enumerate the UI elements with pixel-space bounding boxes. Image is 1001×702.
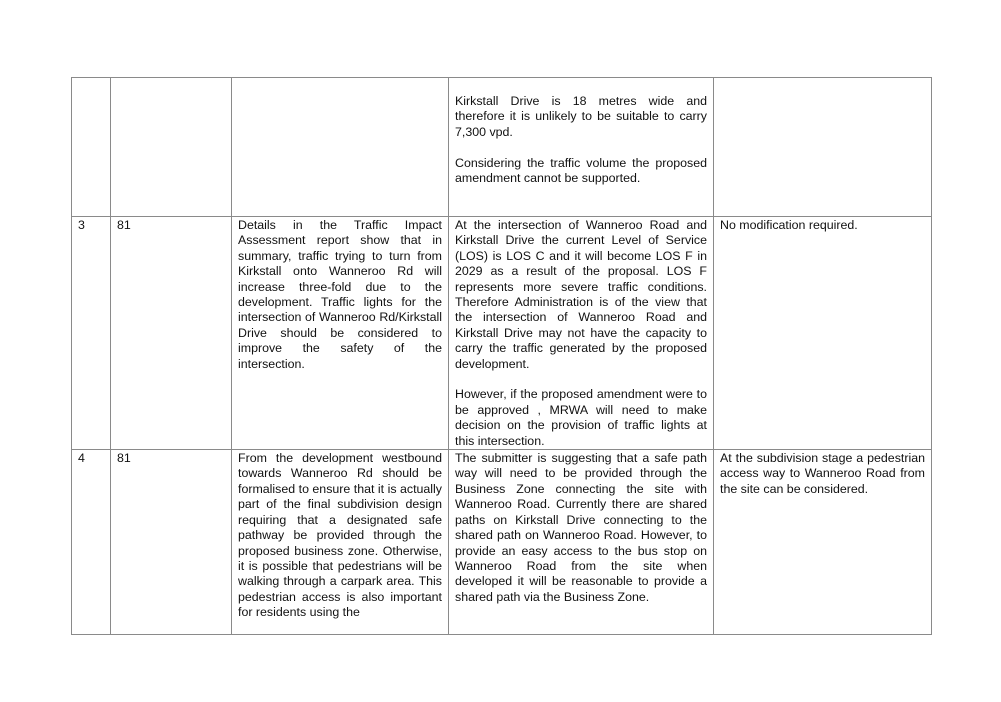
table-row: Kirkstall Drive is 18 metres wide and th… <box>72 78 932 217</box>
row-number-cell: 3 <box>72 217 111 450</box>
table-row: 3 81 Details in the Traffic Impact Asses… <box>72 217 932 450</box>
response-cell: Kirkstall Drive is 18 metres wide and th… <box>449 78 714 217</box>
response-paragraph: At the intersection of Wanneroo Road and… <box>455 218 707 372</box>
submissions-table: Kirkstall Drive is 18 metres wide and th… <box>71 77 932 635</box>
recommendation-cell: No modification required. <box>714 217 932 450</box>
comment-cell: Details in the Traffic Impact Assessment… <box>232 217 449 450</box>
response-paragraph: However, if the proposed amendment were … <box>455 387 707 449</box>
response-cell: At the intersection of Wanneroo Road and… <box>449 217 714 450</box>
comment-cell: From the development westbound towards W… <box>232 450 449 635</box>
response-paragraph: Considering the traffic volume the propo… <box>455 156 707 187</box>
response-paragraph: The submitter is suggesting that a safe … <box>455 451 707 605</box>
response-cell: The submitter is suggesting that a safe … <box>449 450 714 635</box>
submission-number-cell: 81 <box>111 450 232 635</box>
recommendation-cell: At the subdivision stage a pedestrian ac… <box>714 450 932 635</box>
submission-number-cell: 81 <box>111 217 232 450</box>
row-number-cell: 4 <box>72 450 111 635</box>
response-paragraph: Kirkstall Drive is 18 metres wide and th… <box>455 94 707 140</box>
recommendation-cell <box>714 78 932 217</box>
comment-cell <box>232 78 449 217</box>
table-row: 4 81 From the development westbound towa… <box>72 450 932 635</box>
submission-number-cell <box>111 78 232 217</box>
row-number-cell <box>72 78 111 217</box>
